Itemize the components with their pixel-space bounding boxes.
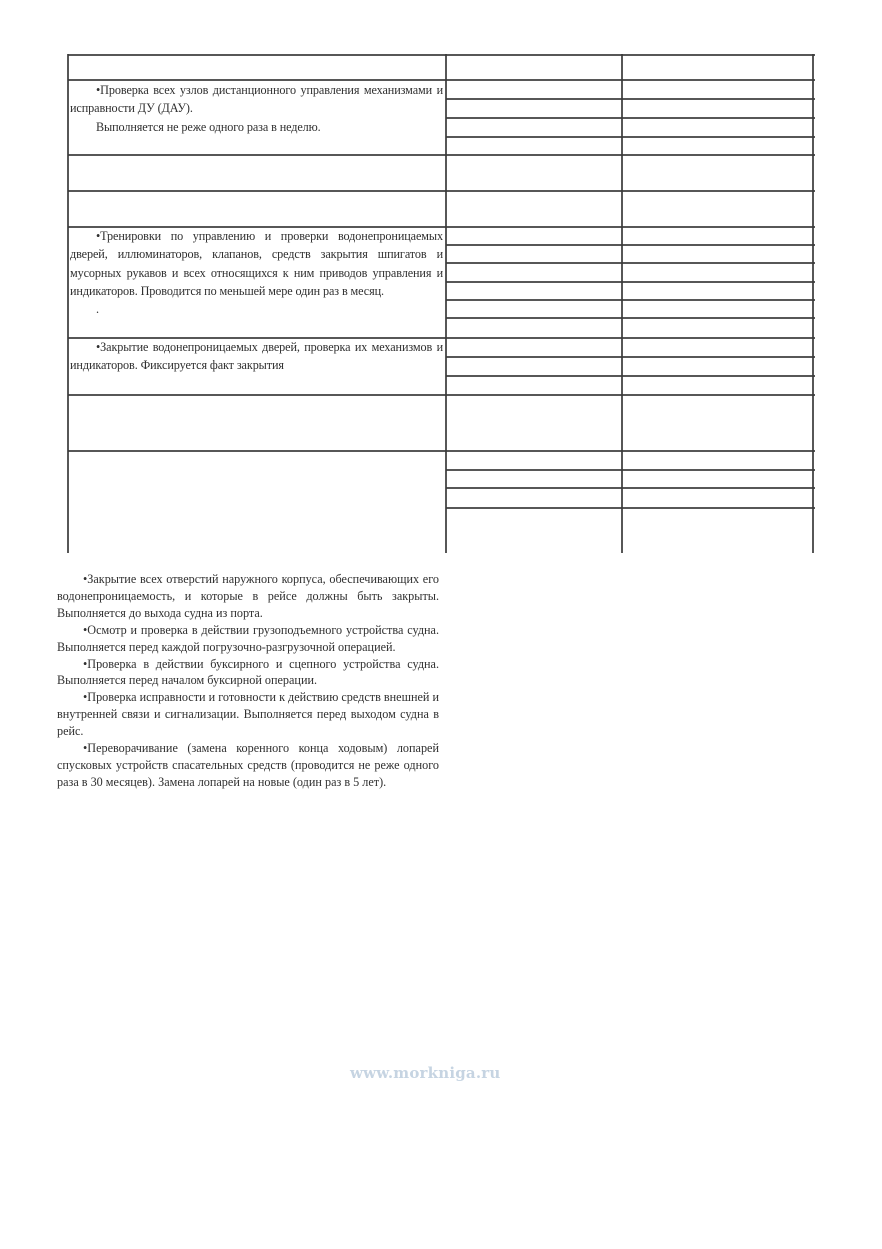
table-border-left: [67, 54, 69, 553]
table-subrow-divider: [446, 299, 815, 301]
table-subrow-divider: [446, 375, 815, 377]
list-item: •Закрытие всех отверстий наружного корпу…: [57, 571, 439, 622]
table-subrow-divider: [446, 469, 815, 471]
cell-paragraph: .: [70, 300, 443, 318]
watermark: www.morkniga.ru: [350, 1064, 540, 1082]
table-row-divider: [68, 394, 815, 396]
list-item: •Проверка в действии буксирного и сцепно…: [57, 656, 439, 690]
cell-paragraph: •Закрытие водонепроницаемых дверей, пров…: [70, 338, 443, 375]
table-subrow-divider: [446, 136, 815, 138]
table-row-divider: [68, 154, 815, 156]
table-cell-description: •Проверка всех узлов дистанционного упра…: [70, 81, 443, 136]
table-border-top: [68, 54, 815, 56]
table-border-right: [812, 54, 814, 553]
table-column-divider: [445, 54, 447, 553]
list-item: •Осмотр и проверка в действии грузоподъе…: [57, 622, 439, 656]
document-page: •Проверка всех узлов дистанционного упра…: [0, 0, 882, 1249]
table-column-divider: [621, 54, 623, 553]
table-subrow-divider: [446, 244, 815, 246]
table-subrow-divider: [446, 98, 815, 100]
table-row-divider: [68, 190, 815, 192]
cell-paragraph: Выполняется не реже одного раза в неделю…: [70, 118, 443, 136]
table-row-divider: [68, 450, 815, 452]
table-subrow-divider: [446, 117, 815, 119]
list-item: •Проверка исправности и готовности к дей…: [57, 689, 439, 740]
table-cell-description: •Тренировки по управлению и проверки вод…: [70, 227, 443, 318]
table-subrow-divider: [446, 356, 815, 358]
table-subrow-divider: [446, 317, 815, 319]
table-subrow-divider: [446, 262, 815, 264]
table-subrow-divider: [446, 281, 815, 283]
cell-paragraph: •Тренировки по управлению и проверки вод…: [70, 227, 443, 300]
cell-paragraph: •Проверка всех узлов дистанционного упра…: [70, 81, 443, 118]
table-subrow-divider: [446, 507, 815, 509]
maintenance-list: •Закрытие всех отверстий наружного корпу…: [57, 571, 439, 791]
list-item: •Переворачивание (замена коренного конца…: [57, 740, 439, 791]
table-cell-description: •Закрытие водонепроницаемых дверей, пров…: [70, 338, 443, 375]
table-subrow-divider: [446, 487, 815, 489]
